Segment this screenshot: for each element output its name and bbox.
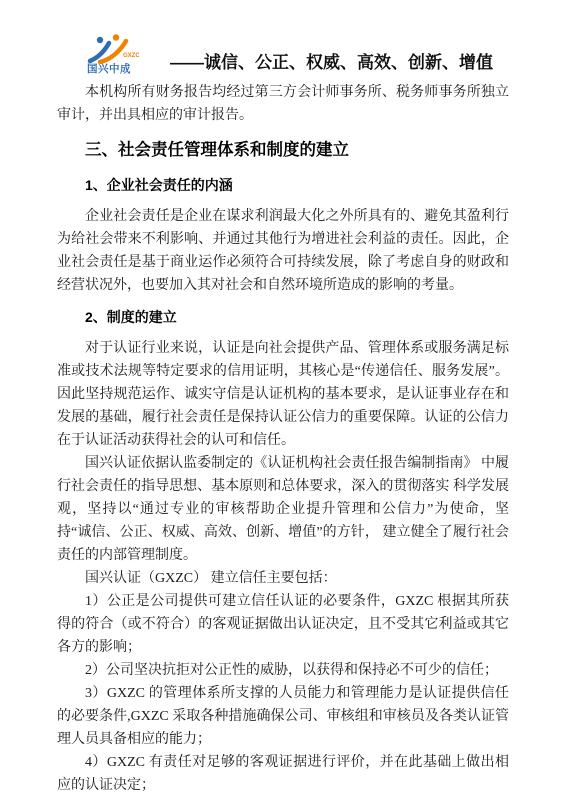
intro-paragraph: 本机构所有财务报告均经过第三方会计师事务所、税务师事务所独立审计，并出具相应的审… xyxy=(57,81,509,127)
subsection-1-title: 1、企业社会责任的内涵 xyxy=(57,175,509,195)
trust-list-item: 2）公司坚决抗拒对公正性的威胁，以获得和保持必不可少的信任； xyxy=(57,659,509,682)
document-header: GXZC 国兴中成 ——诚信、公正、权威、高效、创新、增值 xyxy=(57,34,509,75)
logo-figures-icon: GXZC xyxy=(87,34,139,64)
trust-list-item: 1）公正是公司提供可建立信任认证的必要条件，GXZC 根据其所获得的符合（或不符… xyxy=(57,590,509,659)
trust-list-item: 4）GXZC 有责任对足够的客观证据进行评价，并在此基础上做出相应的认证决定； xyxy=(57,751,509,797)
subsection-1-paragraph: 企业社会责任是企业在谋求利润最大化之外所具有的、避免其盈利行为给社会带来不利影响… xyxy=(57,205,509,297)
trust-list-item: 3）GXZC 的管理体系所支撑的人员能力和管理能力是认证提供信任的必要条件,GX… xyxy=(57,682,509,751)
subsection-2-paragraph-3: 国兴认证（GXZC） 建立信任主要包括： xyxy=(57,567,509,590)
company-logo: GXZC 国兴中成 xyxy=(87,34,157,75)
logo-abbr-text: GXZC xyxy=(123,53,139,59)
document-body: 本机构所有财务报告均经过第三方会计师事务所、税务师事务所独立审计，并出具相应的审… xyxy=(57,81,509,797)
document-page: GXZC 国兴中成 ——诚信、公正、权威、高效、创新、增值 本机构所有财务报告均… xyxy=(0,0,566,800)
subsection-2-title: 2、制度的建立 xyxy=(57,307,509,327)
logo-company-name: 国兴中成 xyxy=(87,64,131,75)
subsection-2-paragraph-1: 对于认证行业来说，认证是向社会提供产品、管理体系或服务满足标准或技术法规等特定要… xyxy=(57,337,509,452)
section-title: 三、社会责任管理体系和制度的建立 xyxy=(57,139,509,161)
subsection-2-paragraph-2: 国兴认证依据认监委制定的《认证机构社会责任报告编制指南》 中履行社会责任的指导思… xyxy=(57,452,509,567)
header-slogan: ——诚信、公正、权威、高效、创新、增值 xyxy=(170,48,509,75)
